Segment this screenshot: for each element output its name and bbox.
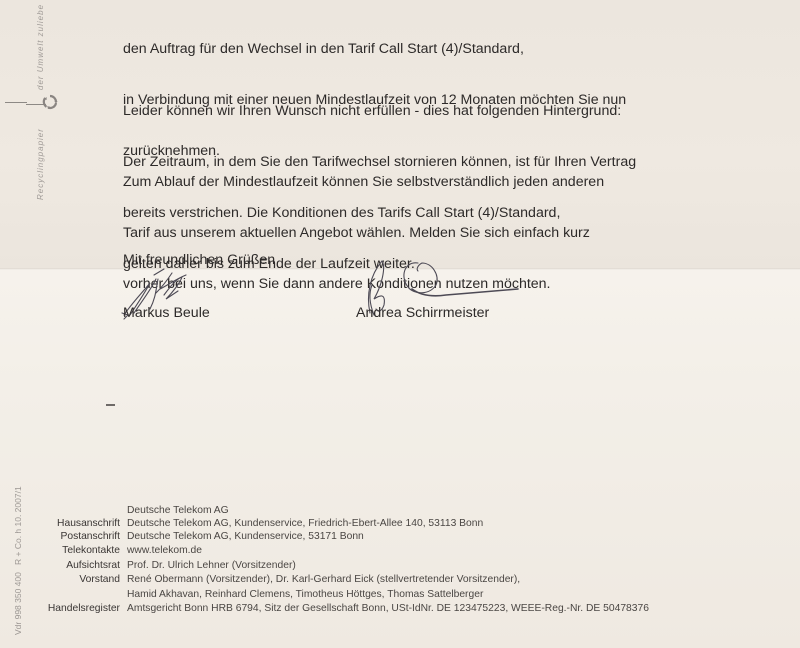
footer-label: Hausanschrift xyxy=(57,518,120,529)
footer-commercial-register: Amtsgericht Bonn HRB 6794, Sitz der Gese… xyxy=(127,603,649,614)
footer-label: Vorstand xyxy=(79,574,120,585)
recycle-icon xyxy=(42,94,58,110)
footer-row: Telekontakte www.telekom.de xyxy=(0,545,800,558)
footer-row: Aufsichtsrat Prof. Dr. Ulrich Lehner (Vo… xyxy=(0,560,800,573)
recycling-paper-label: Recyclingpapier xyxy=(36,128,45,200)
footer-row: Hamid Akhavan, Reinhard Clemens, Timothe… xyxy=(0,589,800,602)
footer-row: Hausanschrift Deutsche Telekom AG, Kunde… xyxy=(0,518,800,531)
footer-label: Postanschrift xyxy=(60,531,120,542)
footer-company-name: Deutsche Telekom AG xyxy=(127,505,229,516)
fold-mark xyxy=(106,404,115,406)
footer-row: Vorstand René Obermann (Vorsitzender), D… xyxy=(0,574,800,587)
paragraph-line: Tarif aus unserem aktuellen Angebot wähl… xyxy=(123,225,604,242)
footer-board-members: René Obermann (Vorsitzender), Dr. Karl-G… xyxy=(127,574,520,585)
footer-label: Aufsichtsrat xyxy=(66,560,120,571)
paragraph-line: Zum Ablauf der Mindestlaufzeit können Si… xyxy=(123,174,604,191)
signer-name-2: Andrea Schirrmeister xyxy=(356,305,489,321)
footer-row: Postanschrift Deutsche Telekom AG, Kunde… xyxy=(0,531,800,544)
footer-supervisory-board: Prof. Dr. Ulrich Lehner (Vorsitzender) xyxy=(127,560,296,571)
footer-label: Telekontakte xyxy=(62,545,120,556)
footer-row: Handelsregister Amtsgericht Bonn HRB 679… xyxy=(0,603,800,616)
footer-label: Handelsregister xyxy=(48,603,120,614)
footer-board-members-continued: Hamid Akhavan, Reinhard Clemens, Timothe… xyxy=(127,589,483,600)
paragraph-line: Leider können wir Ihren Wunsch nicht erf… xyxy=(123,103,636,120)
paragraph-line: den Auftrag für den Wechsel in den Tarif… xyxy=(123,41,626,58)
punch-mark xyxy=(5,102,27,103)
footer-row: Deutsche Telekom AG xyxy=(0,505,800,518)
signer-name-1: Markus Beule xyxy=(123,305,210,321)
footer-house-address: Deutsche Telekom AG, Kundenservice, Frie… xyxy=(127,518,483,529)
footer-postal-address: Deutsche Telekom AG, Kundenservice, 5317… xyxy=(127,531,364,542)
footer-website-link[interactable]: www.telekom.de xyxy=(127,545,202,556)
environment-label: der Umwelt zuliebe xyxy=(36,4,45,90)
